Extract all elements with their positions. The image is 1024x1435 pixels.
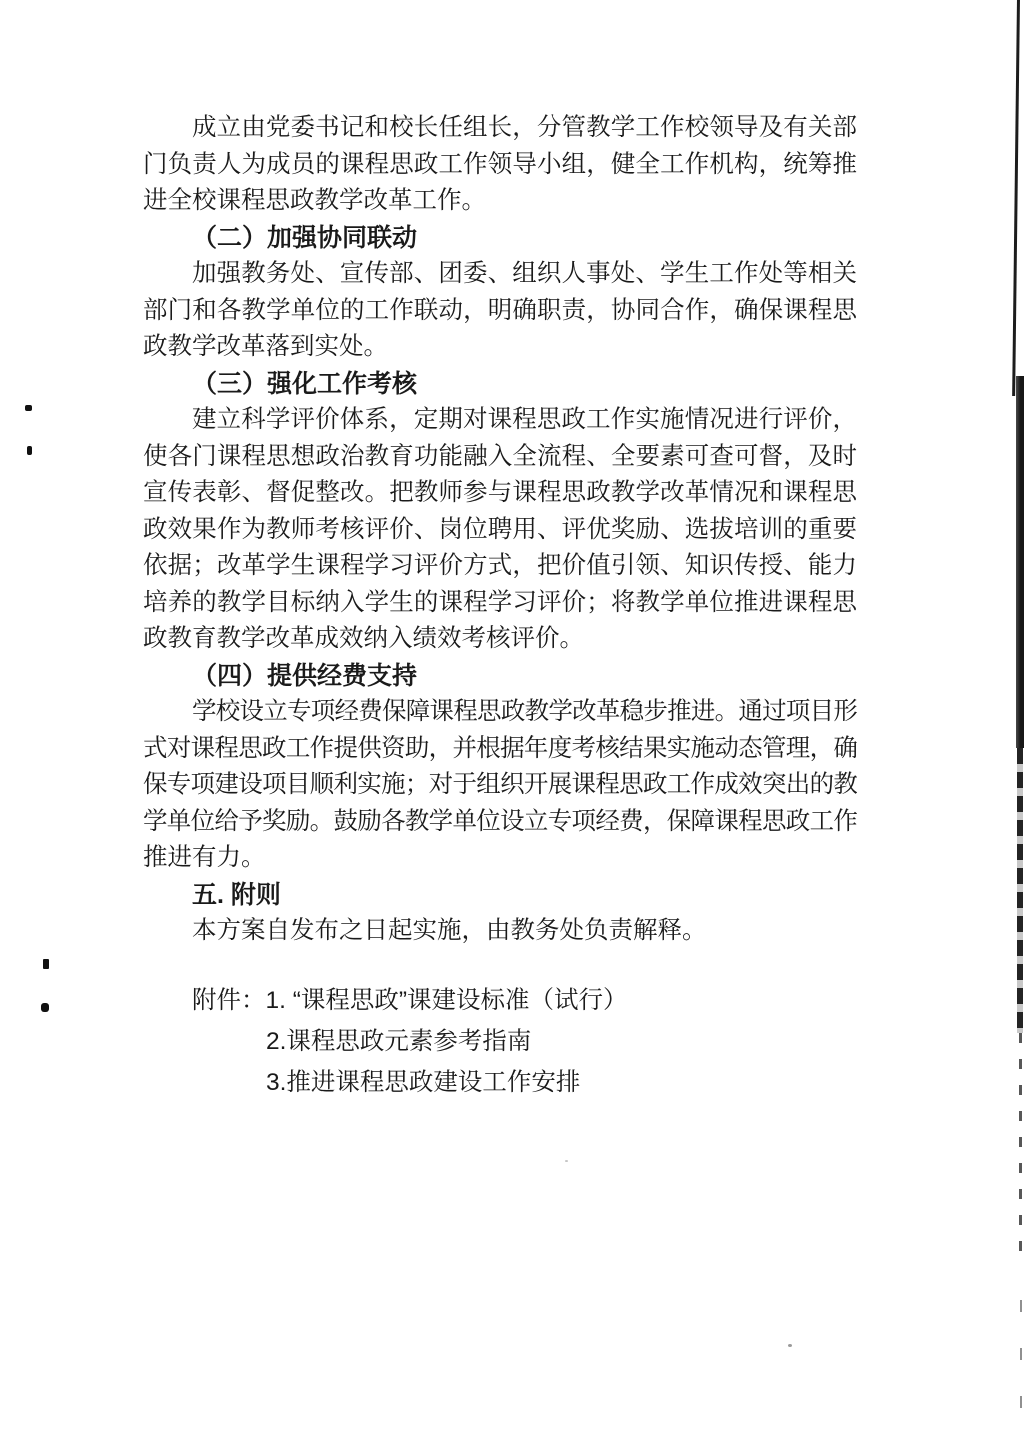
- section-heading-4: （四）提供经费支持: [143, 658, 857, 695]
- scan-edge-line: [1012, 0, 1019, 396]
- scan-edge-dashes: [1020, 1300, 1022, 1415]
- attachments-list: 附件：1. “课程思政”课建设标准（试行） 2.课程思政元素参考指南 3.推进课…: [143, 980, 857, 1103]
- attachment-item: 2.课程思政元素参考指南: [143, 1021, 857, 1062]
- scan-edge-dashes: [1019, 1033, 1022, 1263]
- attachment-item: 3.推进课程思政建设工作安排: [143, 1062, 857, 1103]
- paragraph-line: 成立由党委书记和校长任组长，分管教学工作校领导及有关部: [143, 110, 857, 147]
- paragraph-line: 本方案自发布之日起实施，由教务处负责解释。: [143, 913, 857, 950]
- paragraph-line: 政教学改革落到实处。: [143, 329, 857, 366]
- scan-edge-band: [1017, 748, 1023, 1033]
- section-heading-3: （三）强化工作考核: [143, 366, 857, 403]
- attachment-line: 附件：1. “课程思政”课建设标准（试行）: [143, 980, 857, 1021]
- ink-dot: [27, 446, 32, 455]
- paragraph-line: 加强教务处、宣传部、团委、组织人事处、学生工作处等相关: [143, 256, 857, 293]
- ink-dot: [41, 1003, 49, 1012]
- paragraph-line: 培养的教学目标纳入学生的课程学习评价；将教学单位推进课程思: [143, 585, 857, 622]
- scan-edge-band: [1016, 376, 1024, 748]
- paragraph-line: 推进有力。: [143, 840, 857, 877]
- paragraph-line: 保专项建设项目顺利实施；对于组织开展课程思政工作成效突出的教: [143, 767, 857, 804]
- paragraph-line: 政教育教学改革成效纳入绩效考核评价。: [143, 621, 857, 658]
- paragraph-line: 门负责人为成员的课程思政工作领导小组，健全工作机构，统筹推: [143, 147, 857, 184]
- ink-dot: [43, 959, 49, 969]
- paragraph-line: 依据；改革学生课程学习评价方式，把价值引领、知识传授、能力: [143, 548, 857, 585]
- scan-speck: [565, 1160, 568, 1162]
- paragraph-line: 政效果作为教师考核评价、岗位聘用、评优奖励、选拔培训的重要: [143, 512, 857, 549]
- scan-speck: [788, 1344, 792, 1347]
- paragraph-line: 进全校课程思政教学改革工作。: [143, 183, 857, 220]
- paragraph-line: 建立科学评价体系，定期对课程思政工作实施情况进行评价，: [143, 402, 857, 439]
- document-body: 成立由党委书记和校长任组长，分管教学工作校领导及有关部 门负责人为成员的课程思政…: [143, 110, 857, 1103]
- paragraph-line: 部门和各教学单位的工作联动，明确职责，协同合作，确保课程思: [143, 293, 857, 330]
- scanned-document-page: 成立由党委书记和校长任组长，分管教学工作校领导及有关部 门负责人为成员的课程思政…: [0, 0, 1024, 1435]
- paragraph-line: 学单位给予奖励。鼓励各教学单位设立专项经费，保障课程思政工作: [143, 804, 857, 841]
- attachment-item: 1. “课程思政”课建设标准（试行）: [266, 987, 628, 1014]
- section-heading-5: 五. 附则: [143, 877, 857, 914]
- ink-dot: [25, 405, 32, 411]
- paragraph-line: 学校设立专项经费保障课程思政教学改革稳步推进。通过项目形: [143, 694, 857, 731]
- attachments-label: 附件：: [192, 987, 266, 1014]
- paragraph-line: 使各门课程思想政治教育功能融入全流程、全要素可查可督，及时: [143, 439, 857, 476]
- paragraph-line: 式对课程思政工作提供资助，并根据年度考核结果实施动态管理，确: [143, 731, 857, 768]
- paragraph-line: 宣传表彰、督促整改。把教师参与课程思政教学改革情况和课程思: [143, 475, 857, 512]
- section-heading-2: （二）加强协同联动: [143, 220, 857, 257]
